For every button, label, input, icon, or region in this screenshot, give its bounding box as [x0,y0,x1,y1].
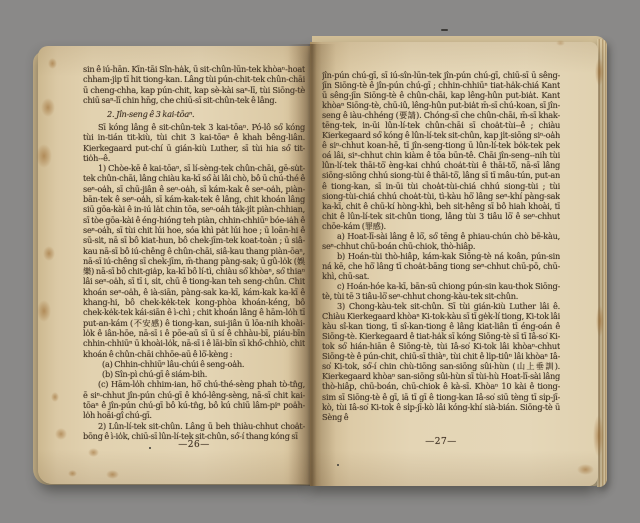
page-number-27: —27— [322,437,560,447]
left-page-text: sin ê iú-hān. Kīn-tāi Sîn-ha̍k, ū sit-ch… [83,64,305,442]
text-block: (b) Sîn-pì chú-gī ê siám-bih. [83,369,305,379]
text-block: 3) Chong-kàu-tek sit-chûn. Sī tùi gián-k… [322,301,560,422]
text-block: Sī kóng lâng ê sit-chûn-tek 3 kai-tōaⁿ. … [83,122,305,163]
text-block: c) Hoán-hóe ka-kī, bān-sū chiong pún-sin… [322,281,560,301]
text-block: 2) Lûn-lí-tek sit-chûn. Lâng ū beh thiàu… [83,421,305,442]
text-block: 1) Chòe-kē ê kai-tōaⁿ, sī lí-sèng-tek ch… [83,163,305,359]
text-block: sin ê iú-hān. Kīn-tāi Sîn-ha̍k, ū sit-ch… [83,64,305,105]
text-block: a) Hoat-lī-sài lâng ê lō͘, só͘ tēng ê ph… [322,231,560,251]
fore-edge-pages [597,39,607,487]
page-number-26: —26— [83,440,305,450]
text-block: b) Hoán-tùi thò-hiâp, kám-kak Siōng-tè n… [322,251,560,281]
text-block: 2. Jîn-seng ê 3 kai-tōaⁿ. [83,109,305,119]
photo-speck [441,29,448,31]
text-block: jîn-pún chú-gī, sī iú-sîn-lūn-tek jîn-pú… [322,70,560,231]
book-photo: sin ê iú-hān. Kīn-tāi Sîn-ha̍k, ū sit-ch… [0,0,640,523]
text-block: (a) Chhin-chhiūⁿ lâu-chúi ê seng-oa̍h. [83,359,305,369]
right-page-text: jîn-pún chú-gī, sī iú-sîn-lūn-tek jîn-pú… [322,70,560,436]
text-block: (c) Hām-lo̍h chhim-ian, hō͘ chú-thé-sèng… [83,379,305,420]
